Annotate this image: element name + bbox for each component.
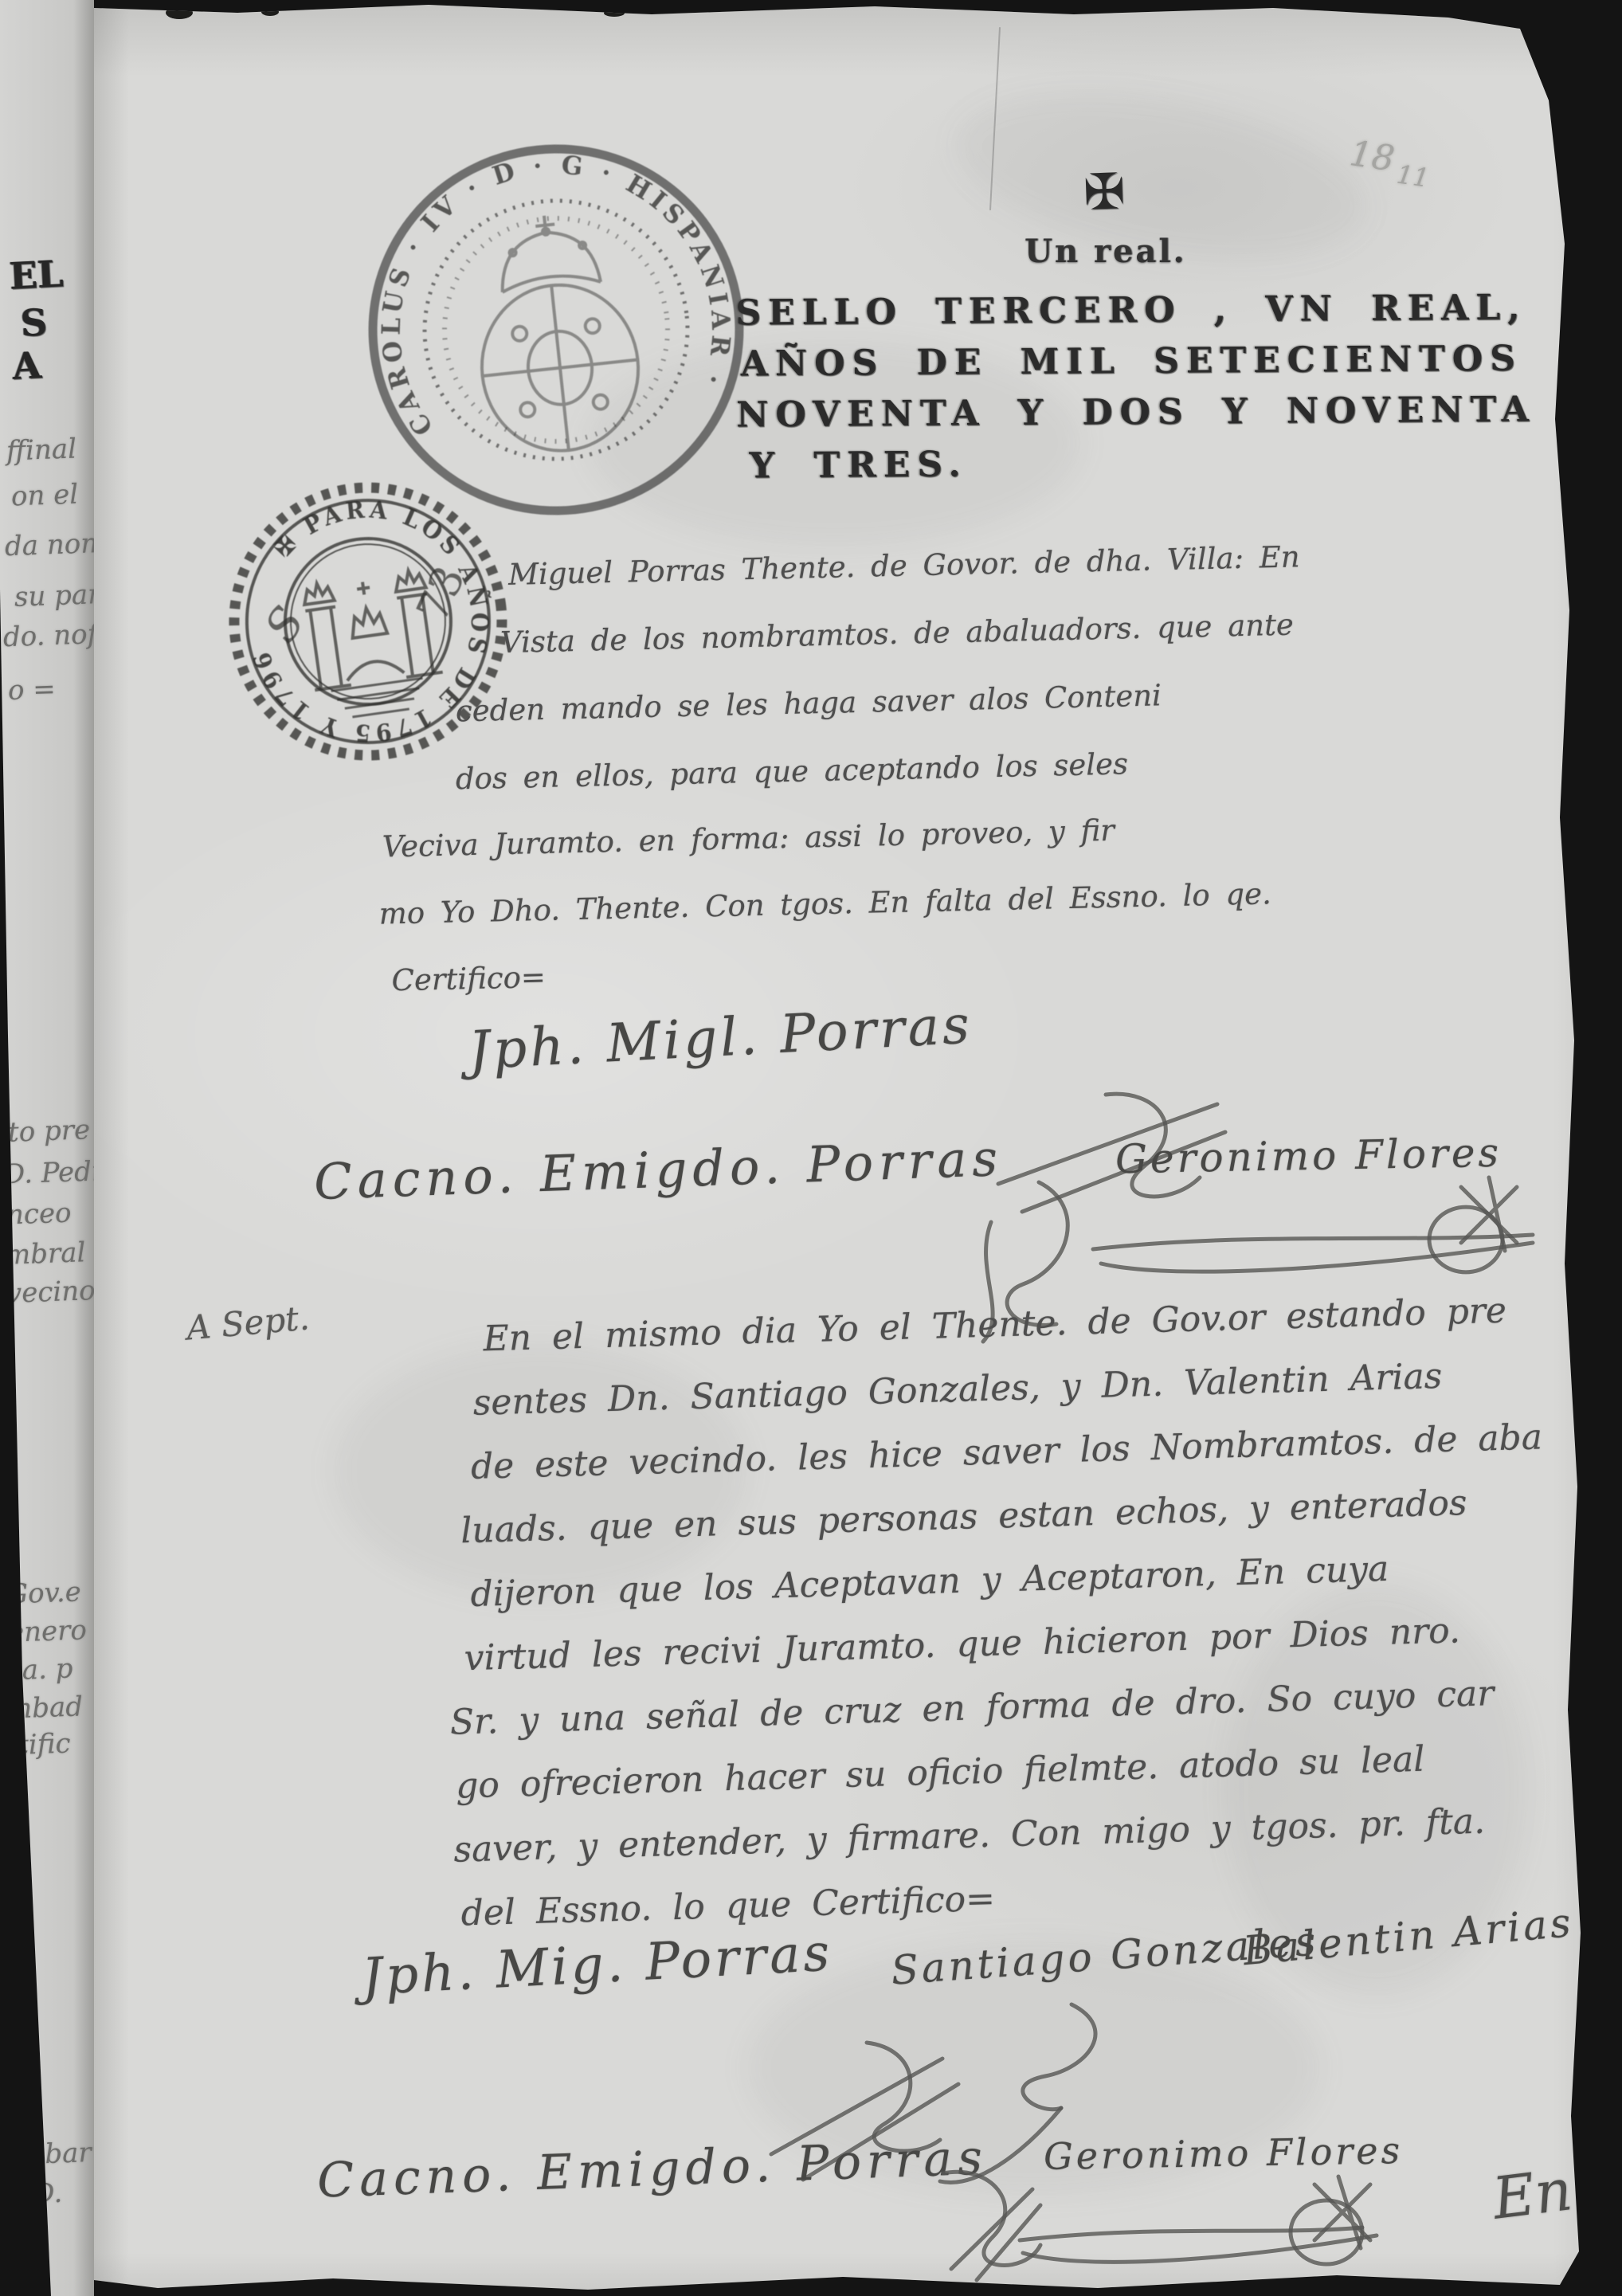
page-number-secondary: 11 (1395, 159, 1432, 193)
decree-line: ceden mando se les haga saver alos Conte… (456, 678, 1162, 728)
page-number: 1811 (1347, 133, 1434, 185)
header-line: NOVENTA Y DOS Y NOVENTA (736, 384, 1536, 441)
cross-icon: ✠ (1083, 162, 1126, 221)
adjacent-fragment: D. Pedro (2, 1154, 94, 1190)
rubric-flourish (1565, 1945, 1622, 2117)
adjacent-fragment: su par (14, 578, 94, 613)
adjacent-fragment: mbad (6, 1691, 83, 1725)
adjacent-fragment: on el (10, 479, 79, 513)
signature-jph-miguel-porras: Jph. Migl. Porras (467, 993, 974, 1081)
margin-note: A Sept. (185, 1298, 311, 1347)
catchword: En (1489, 2156, 1575, 2231)
decree-paragraph: Miguel Porras Thente. de Govor. de dha. … (94, 0, 1601, 22)
edge-speck (261, 8, 279, 16)
adjacent-fragment: embar (2, 2137, 92, 2172)
adjacent-fragment: o D. (7, 2177, 62, 2211)
adjacent-fragment: mbral (4, 1236, 86, 1271)
adjacent-fragment: EL (9, 252, 65, 297)
acceptance-line: del Essno. lo que Certifico= (460, 1879, 996, 1934)
adjacent-fragment: S (20, 300, 49, 345)
printed-header: SELLO TERCERO , VN REAL, AÑOS DE MIL SET… (735, 282, 1536, 492)
header-line: AÑOS DE MIL SETECIENTOS (741, 333, 1536, 390)
adjacent-fragment: nceo (6, 1197, 72, 1232)
adjacent-fragment: A (12, 343, 42, 388)
svg-text:CAROLUS · IV · D · G · HISPANI: CAROLUS · IV · D · G · HISPANIAR · REX · (346, 120, 746, 446)
acceptance-paragraph: En el mismo dia Yo el Thente. de Gov.or … (94, 0, 1600, 25)
adjacent-page-edge: EL S A ffinal on el da nom su par do. no… (0, 0, 94, 2296)
rubric-flourish (1087, 1170, 1604, 1297)
document-page: 1811 ✠ Un real. SELLO TERCERO , VN REAL,… (94, 5, 1601, 2293)
adjacent-fragment: Gov.e (6, 1576, 81, 1610)
edge-speck (604, 10, 625, 17)
year-stamp: ✠ PARA LOS AÑOS DE 1795 Y 1796 S 73 (204, 457, 532, 786)
adjacent-fragment: do. nofi (2, 618, 94, 653)
decree-line: Vista de los nombramtos. de abaluadors. … (500, 608, 1295, 660)
rubric-flourish (1012, 2170, 1458, 2290)
signature-cayetano-emigdio-porras-2: Cacno. Emigdo. Porras (316, 2129, 989, 2208)
adjacent-fragment: vecino (6, 1275, 94, 1310)
edge-speck (166, 6, 193, 19)
adjacent-fragment: enero (7, 1614, 87, 1648)
header-line: SELLO TERCERO , VN REAL, (735, 282, 1535, 339)
decree-line: Veciva Juramto. en forma: assi lo proveo… (382, 813, 1115, 864)
fee-label: Un real. (1025, 233, 1186, 270)
header-line: Y TRES. (749, 435, 1536, 492)
adjacent-fragment: rtific (4, 1728, 71, 1762)
royal-coat-of-arms (466, 208, 646, 459)
royal-seal-circumtext: CAROLUS · IV · D · G · HISPANIAR · REX · (346, 120, 746, 446)
page-number-main: 18 (1347, 133, 1397, 179)
adjacent-fragment: to pre (7, 1114, 90, 1149)
adjacent-fragment: da. p (4, 1653, 73, 1687)
decree-line: Certifico= (391, 960, 546, 997)
adjacent-fragment: da nom (4, 527, 94, 562)
decree-line: mo Yo Dho. Thente. Con tgos. En falta de… (378, 876, 1271, 931)
adjacent-fragment: o = (7, 673, 56, 707)
adjacent-fragment: ffinal (6, 433, 76, 467)
decree-line: dos en ellos, para que aceptando los sel… (455, 746, 1128, 796)
signature-jph-miguel-porras-2: Jph. Mig. Porras (360, 1924, 833, 2008)
signature-cayetano-emigdio-porras: Cacno. Emigdo. Porras (313, 1129, 1004, 1211)
decree-line: Miguel Porras Thente. de Govor. de dha. … (508, 539, 1300, 592)
